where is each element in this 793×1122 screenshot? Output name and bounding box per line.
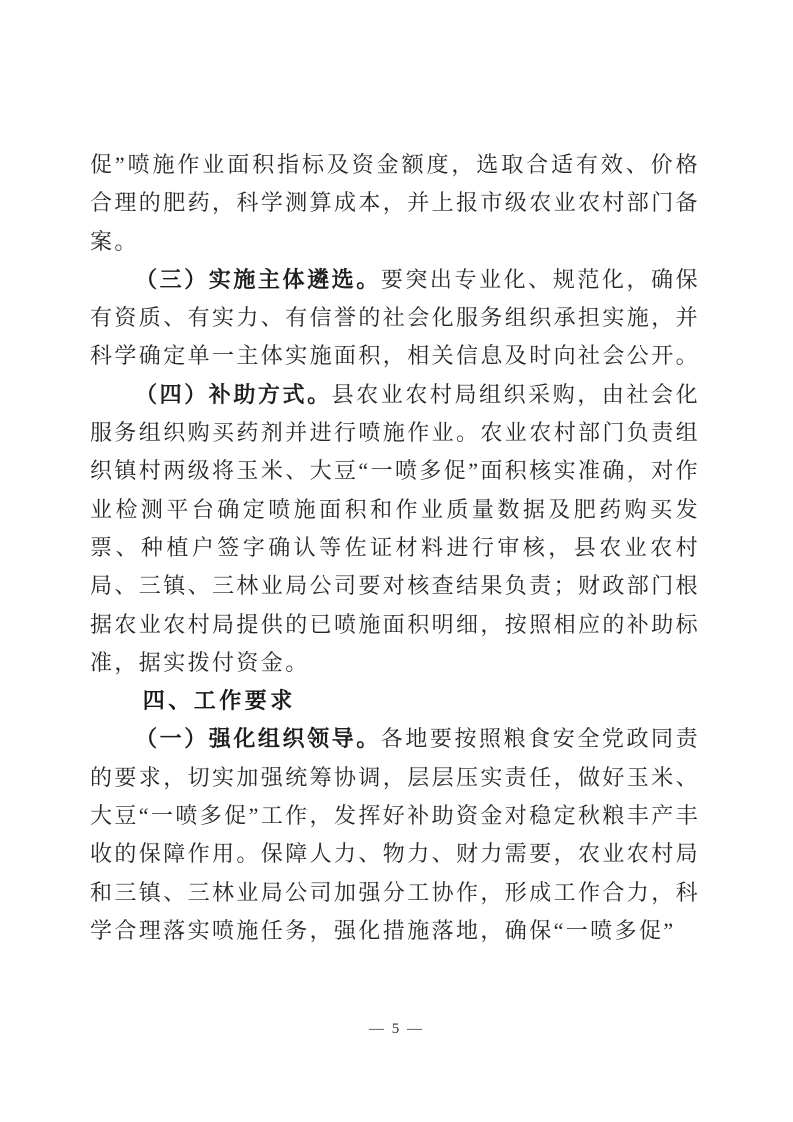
item-4-lead: （四）补助方式。 bbox=[135, 382, 332, 407]
item-4-text: 县农业农村局组织采购，由社会化服务组织购买药剂并进行喷施作业。农业农村部门负责组… bbox=[90, 382, 700, 675]
section-heading-work-requirements: 四、工作要求 bbox=[90, 682, 700, 720]
item-1-lead: （一）强化组织领导。 bbox=[135, 726, 381, 751]
page-footer: — 5 — bbox=[0, 1021, 793, 1038]
page-number: — 5 — bbox=[369, 1021, 424, 1037]
paragraph-item-4: （四）补助方式。县农业农村局组织采购，由社会化服务组织购买药剂并进行喷施作业。农… bbox=[90, 376, 700, 682]
paragraph-item-1: （一）强化组织领导。各地要按照粮食安全党政同责的要求，切实加强统筹协调，层层压实… bbox=[90, 720, 700, 950]
document-page: 促”喷施作业面积指标及资金额度，选取合适有效、价格合理的肥药，科学测算成本，并上… bbox=[0, 0, 793, 1122]
item-3-lead: （三）实施主体遴选。 bbox=[135, 267, 381, 292]
document-body: 促”喷施作业面积指标及资金额度，选取合适有效、价格合理的肥药，科学测算成本，并上… bbox=[90, 146, 700, 950]
paragraph-continuation: 促”喷施作业面积指标及资金额度，选取合适有效、价格合理的肥药，科学测算成本，并上… bbox=[90, 146, 700, 261]
paragraph-item-3: （三）实施主体遴选。要突出专业化、规范化，确保有资质、有实力、有信誉的社会化服务… bbox=[90, 261, 700, 376]
item-1-text: 各地要按照粮食安全党政同责的要求，切实加强统筹协调，层层压实责任，做好玉米、大豆… bbox=[90, 726, 700, 942]
